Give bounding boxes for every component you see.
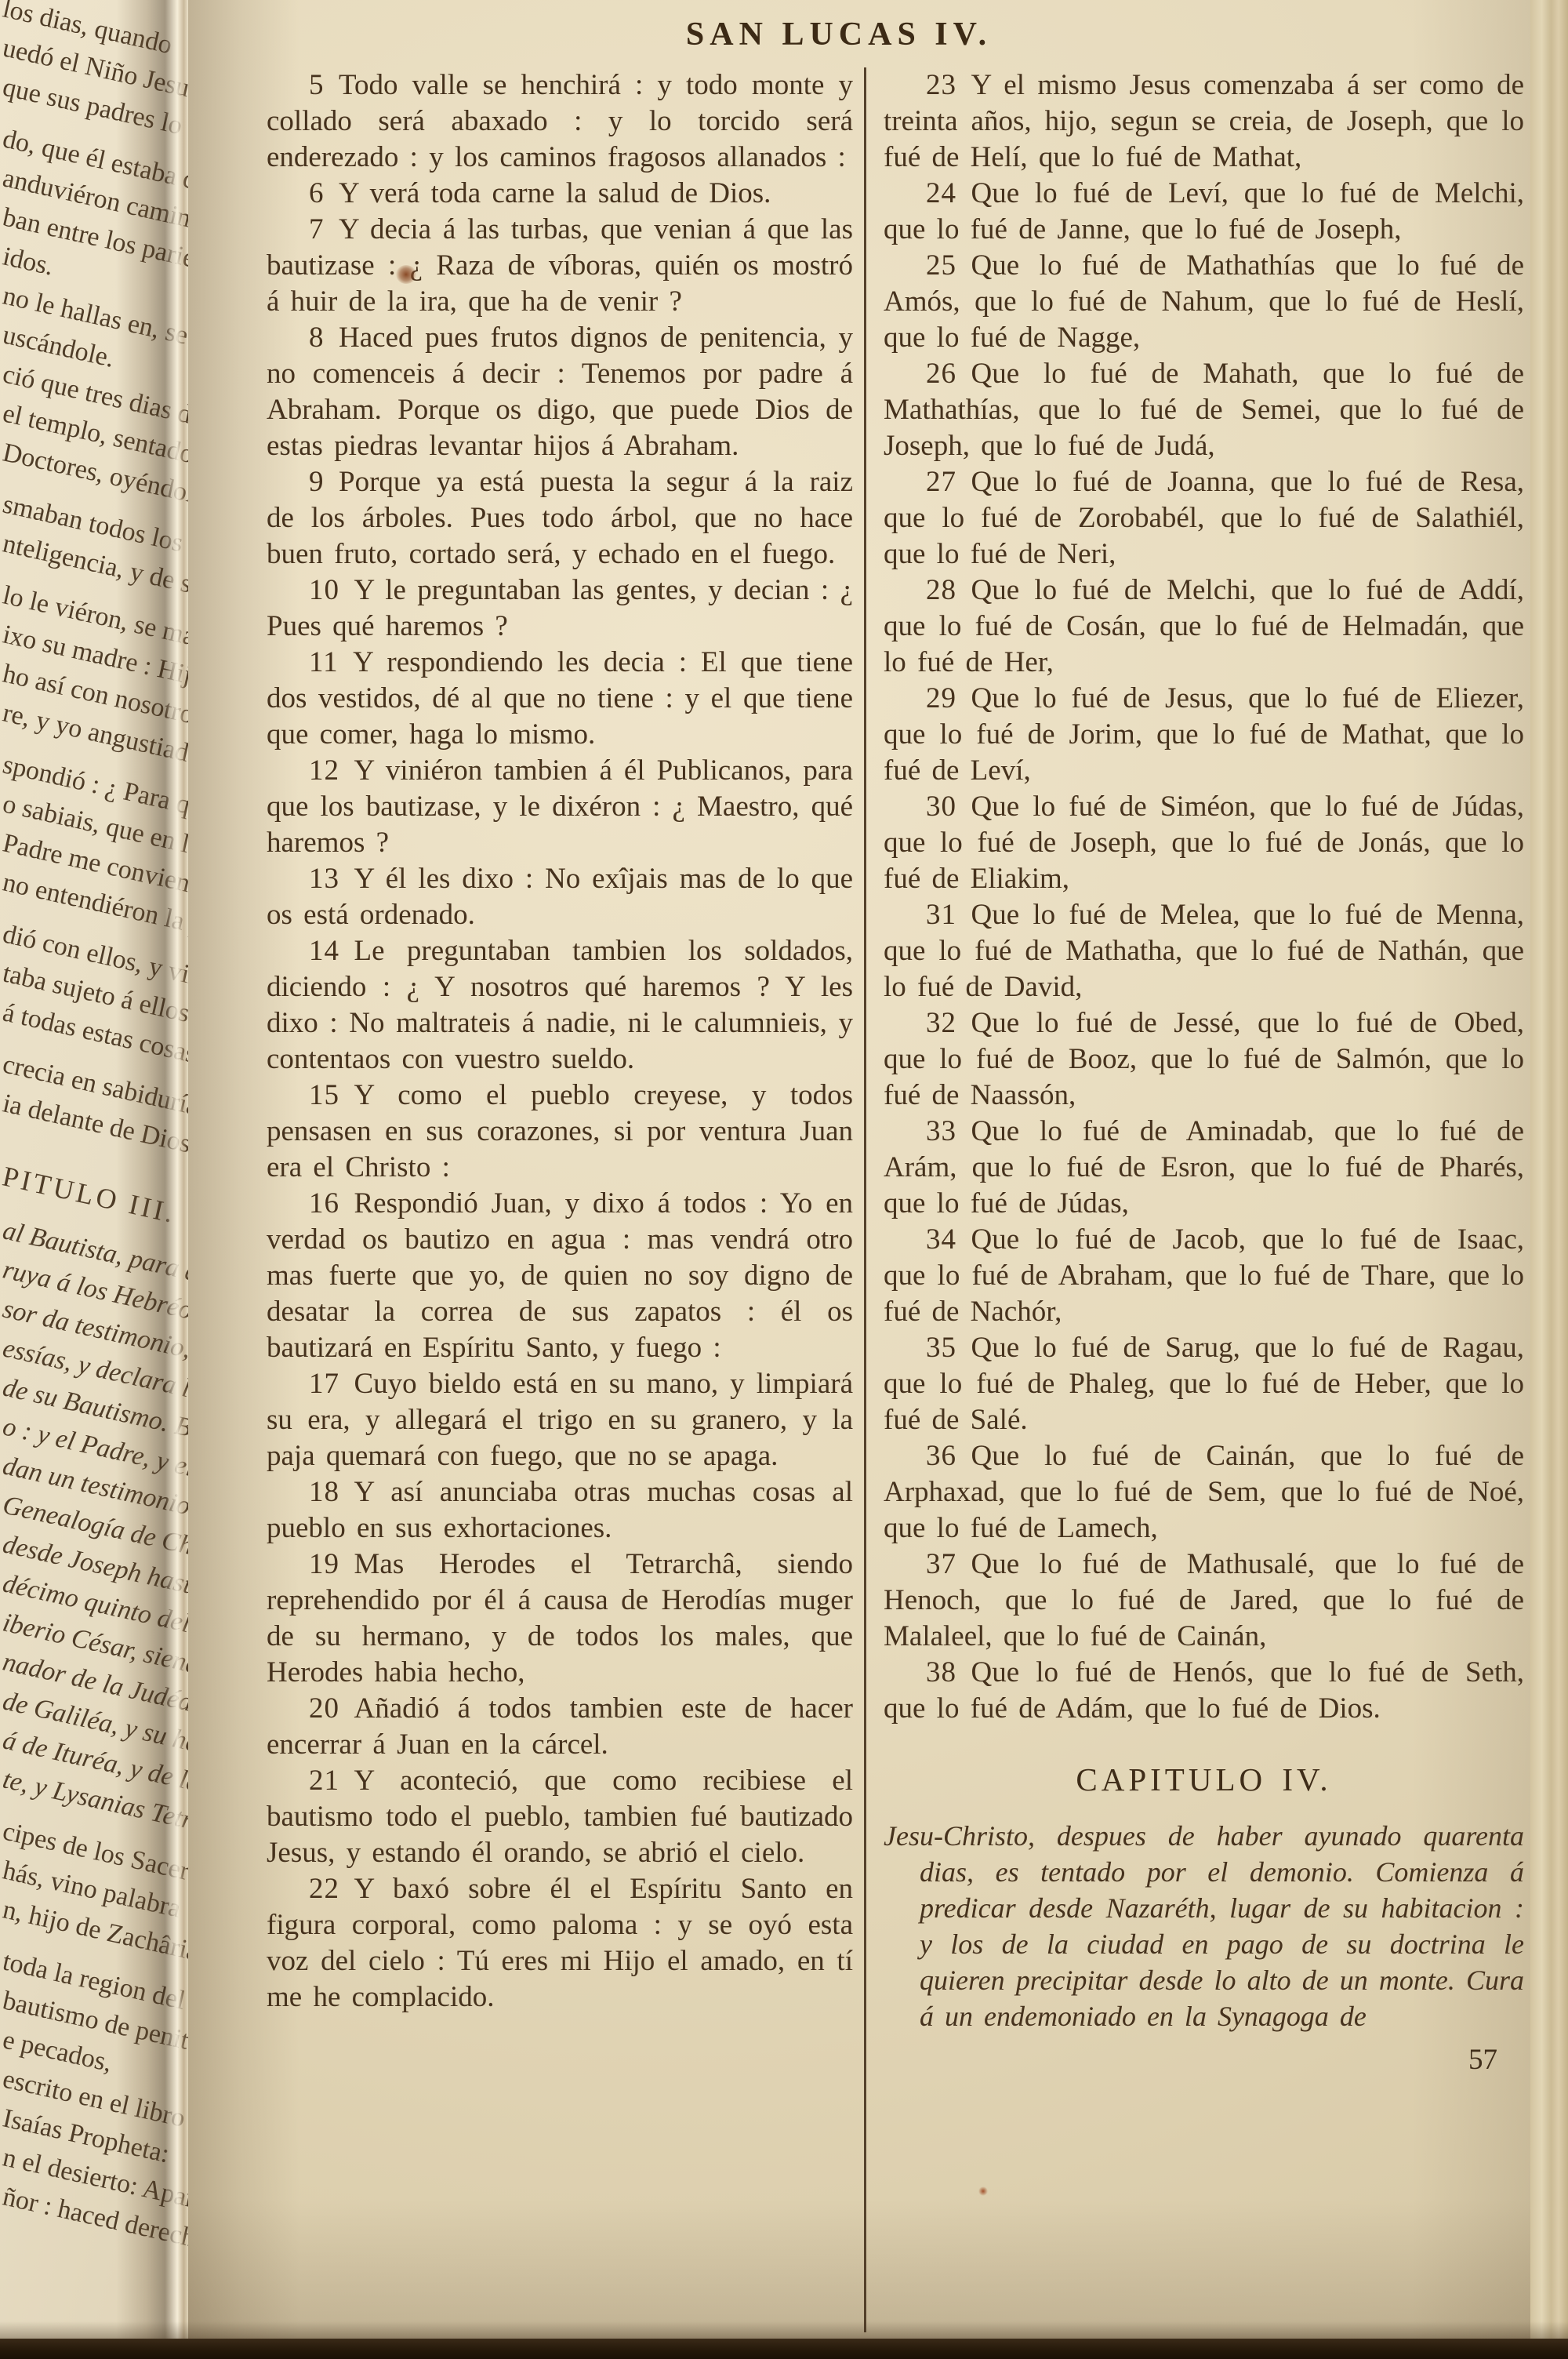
verse-30: 30 Que lo fué de Siméon, que lo fué de J… [884, 789, 1524, 897]
verse-number: 5 [309, 69, 325, 101]
verse-number: 35 [926, 1332, 956, 1364]
right-column-verses: 23 Y el mismo Jesus comenzaba á ser como… [884, 67, 1524, 1727]
verse-34: 34 Que lo fué de Jacob, que lo fué de Is… [884, 1222, 1524, 1330]
verse-11: 11 Y respondiendo les decia : El que tie… [267, 645, 853, 753]
verse-number: 30 [926, 791, 956, 823]
verse-number: 37 [926, 1548, 956, 1580]
verse-26: 26 Que lo fué de Mahath, que lo fué de M… [884, 356, 1524, 464]
verse-number: 29 [926, 682, 956, 714]
verse-number: 7 [309, 213, 325, 245]
verse-19: 19 Mas Herodes el Tetrarchâ, siendo repr… [267, 1547, 853, 1691]
verse-number: 33 [926, 1115, 956, 1147]
verse-25: 25 Que lo fué de Mathathías que lo fué d… [884, 248, 1524, 356]
book-binding-bottom [0, 2339, 1568, 2359]
left-column: 5 Todo valle se henchirá : y todo monte … [267, 67, 853, 2332]
verse-number: 36 [926, 1440, 956, 1472]
verse-number: 17 [309, 1368, 339, 1400]
verse-number: 22 [309, 1873, 339, 1905]
verse-32: 32 Que lo fué de Jessé, que lo fué de Ob… [884, 1005, 1524, 1114]
verse-9: 9 Porque ya está puesta la segur á la ra… [267, 464, 853, 572]
verse-16: 16 Respondió Juan, y dixo á todos : Yo e… [267, 1186, 853, 1366]
verse-number: 6 [309, 177, 325, 209]
verse-number: 38 [926, 1656, 956, 1688]
verse-number: 16 [309, 1187, 339, 1219]
verse-20: 20 Añadió á todos tambien este de hacer … [267, 1691, 853, 1763]
verse-number: 10 [309, 574, 339, 606]
chapter-summary: Jesu-Christo, despues de haber ayunado q… [884, 1818, 1524, 2034]
verse-17: 17 Cuyo bieldo está en su mano, y limpia… [267, 1366, 853, 1474]
book-photo: SAN LUCAS IV. 5 Todo valle se henchirá :… [0, 0, 1568, 2359]
verse-12: 12 Y viniéron tambien á él Publicanos, p… [267, 753, 853, 861]
verse-number: 12 [309, 754, 339, 787]
page-stack-edge [1530, 0, 1568, 2339]
verse-21: 21 Y aconteció, que como recibiese el ba… [267, 1763, 853, 1871]
verse-24: 24 Que lo fué de Leví, que lo fué de Mel… [884, 176, 1524, 248]
page-fold-shadow [116, 0, 188, 2339]
text-columns: 5 Todo valle se henchirá : y todo monte … [267, 67, 1524, 2332]
verse-22: 22 Y baxó sobre él el Espíritu Santo en … [267, 1871, 853, 2016]
verse-14: 14 Le preguntaban tambien los soldados, … [267, 933, 853, 1078]
page-header: SAN LUCAS IV. [267, 16, 1411, 53]
verse-28: 28 Que lo fué de Melchi, que lo fué de A… [884, 572, 1524, 681]
verse-number: 8 [309, 322, 325, 354]
verse-13: 13 Y él les dixo : No exîjais mas de lo … [267, 861, 853, 933]
ink-speck [978, 2186, 988, 2196]
verse-5: 5 Todo valle se henchirá : y todo monte … [267, 67, 853, 176]
verse-number: 31 [926, 899, 956, 931]
verse-number: 19 [309, 1548, 339, 1580]
verse-29: 29 Que lo fué de Jesus, que lo fué de El… [884, 681, 1524, 789]
verse-8: 8 Haced pues frutos dignos de penitencia… [267, 320, 853, 464]
verse-number: 23 [926, 69, 956, 101]
verse-number: 13 [309, 863, 339, 895]
verse-number: 21 [309, 1765, 339, 1797]
verse-number: 26 [926, 358, 956, 390]
verse-number: 14 [309, 935, 339, 967]
verse-10: 10 Y le preguntaban las gentes, y decian… [267, 572, 853, 645]
verse-7: 7 Y decia á las turbas, que venian á que… [267, 212, 853, 320]
verse-number: 18 [309, 1476, 339, 1508]
verse-23: 23 Y el mismo Jesus comenzaba á ser como… [884, 67, 1524, 176]
verse-number: 28 [926, 574, 956, 606]
verse-number: 15 [309, 1079, 339, 1111]
verse-18: 18 Y así anunciaba otras muchas cosas al… [267, 1474, 853, 1547]
previous-page-edge: los dias, quandouedó el Niño Jesuque sus… [0, 0, 188, 2339]
verse-number: 11 [309, 646, 339, 678]
book-page: SAN LUCAS IV. 5 Todo valle se henchirá :… [0, 0, 1568, 2339]
verse-38: 38 Que lo fué de Henós, que lo fué de Se… [884, 1655, 1524, 1727]
verse-number: 34 [926, 1223, 956, 1256]
verse-36: 36 Que lo fué de Cainán, que lo fué de A… [884, 1438, 1524, 1547]
verse-37: 37 Que lo fué de Mathusalé, que lo fué d… [884, 1547, 1524, 1655]
ink-blot [396, 265, 416, 284]
verse-15: 15 Y como el pueblo creyese, y todos pen… [267, 1078, 853, 1186]
verse-31: 31 Que lo fué de Melea, que lo fué de Me… [884, 897, 1524, 1005]
verse-number: 20 [309, 1692, 339, 1725]
verse-number: 32 [926, 1007, 956, 1039]
right-column: 23 Y el mismo Jesus comenzaba á ser como… [864, 67, 1524, 2332]
verse-number: 27 [926, 466, 956, 498]
verse-35: 35 Que lo fué de Sarug, que lo fué de Ra… [884, 1330, 1524, 1438]
verse-number: 25 [926, 249, 956, 282]
verse-number: 24 [926, 177, 956, 209]
verse-27: 27 Que lo fué de Joanna, que lo fué de R… [884, 464, 1524, 572]
page-number: 57 [884, 2042, 1524, 2078]
binding-shadow [0, 2321, 1568, 2339]
verse-number: 9 [309, 466, 325, 498]
chapter-heading: CAPITULO IV. [884, 1761, 1524, 1797]
verse-6: 6 Y verá toda carne la salud de Dios. [267, 176, 853, 212]
verse-33: 33 Que lo fué de Aminadab, que lo fué de… [884, 1114, 1524, 1222]
